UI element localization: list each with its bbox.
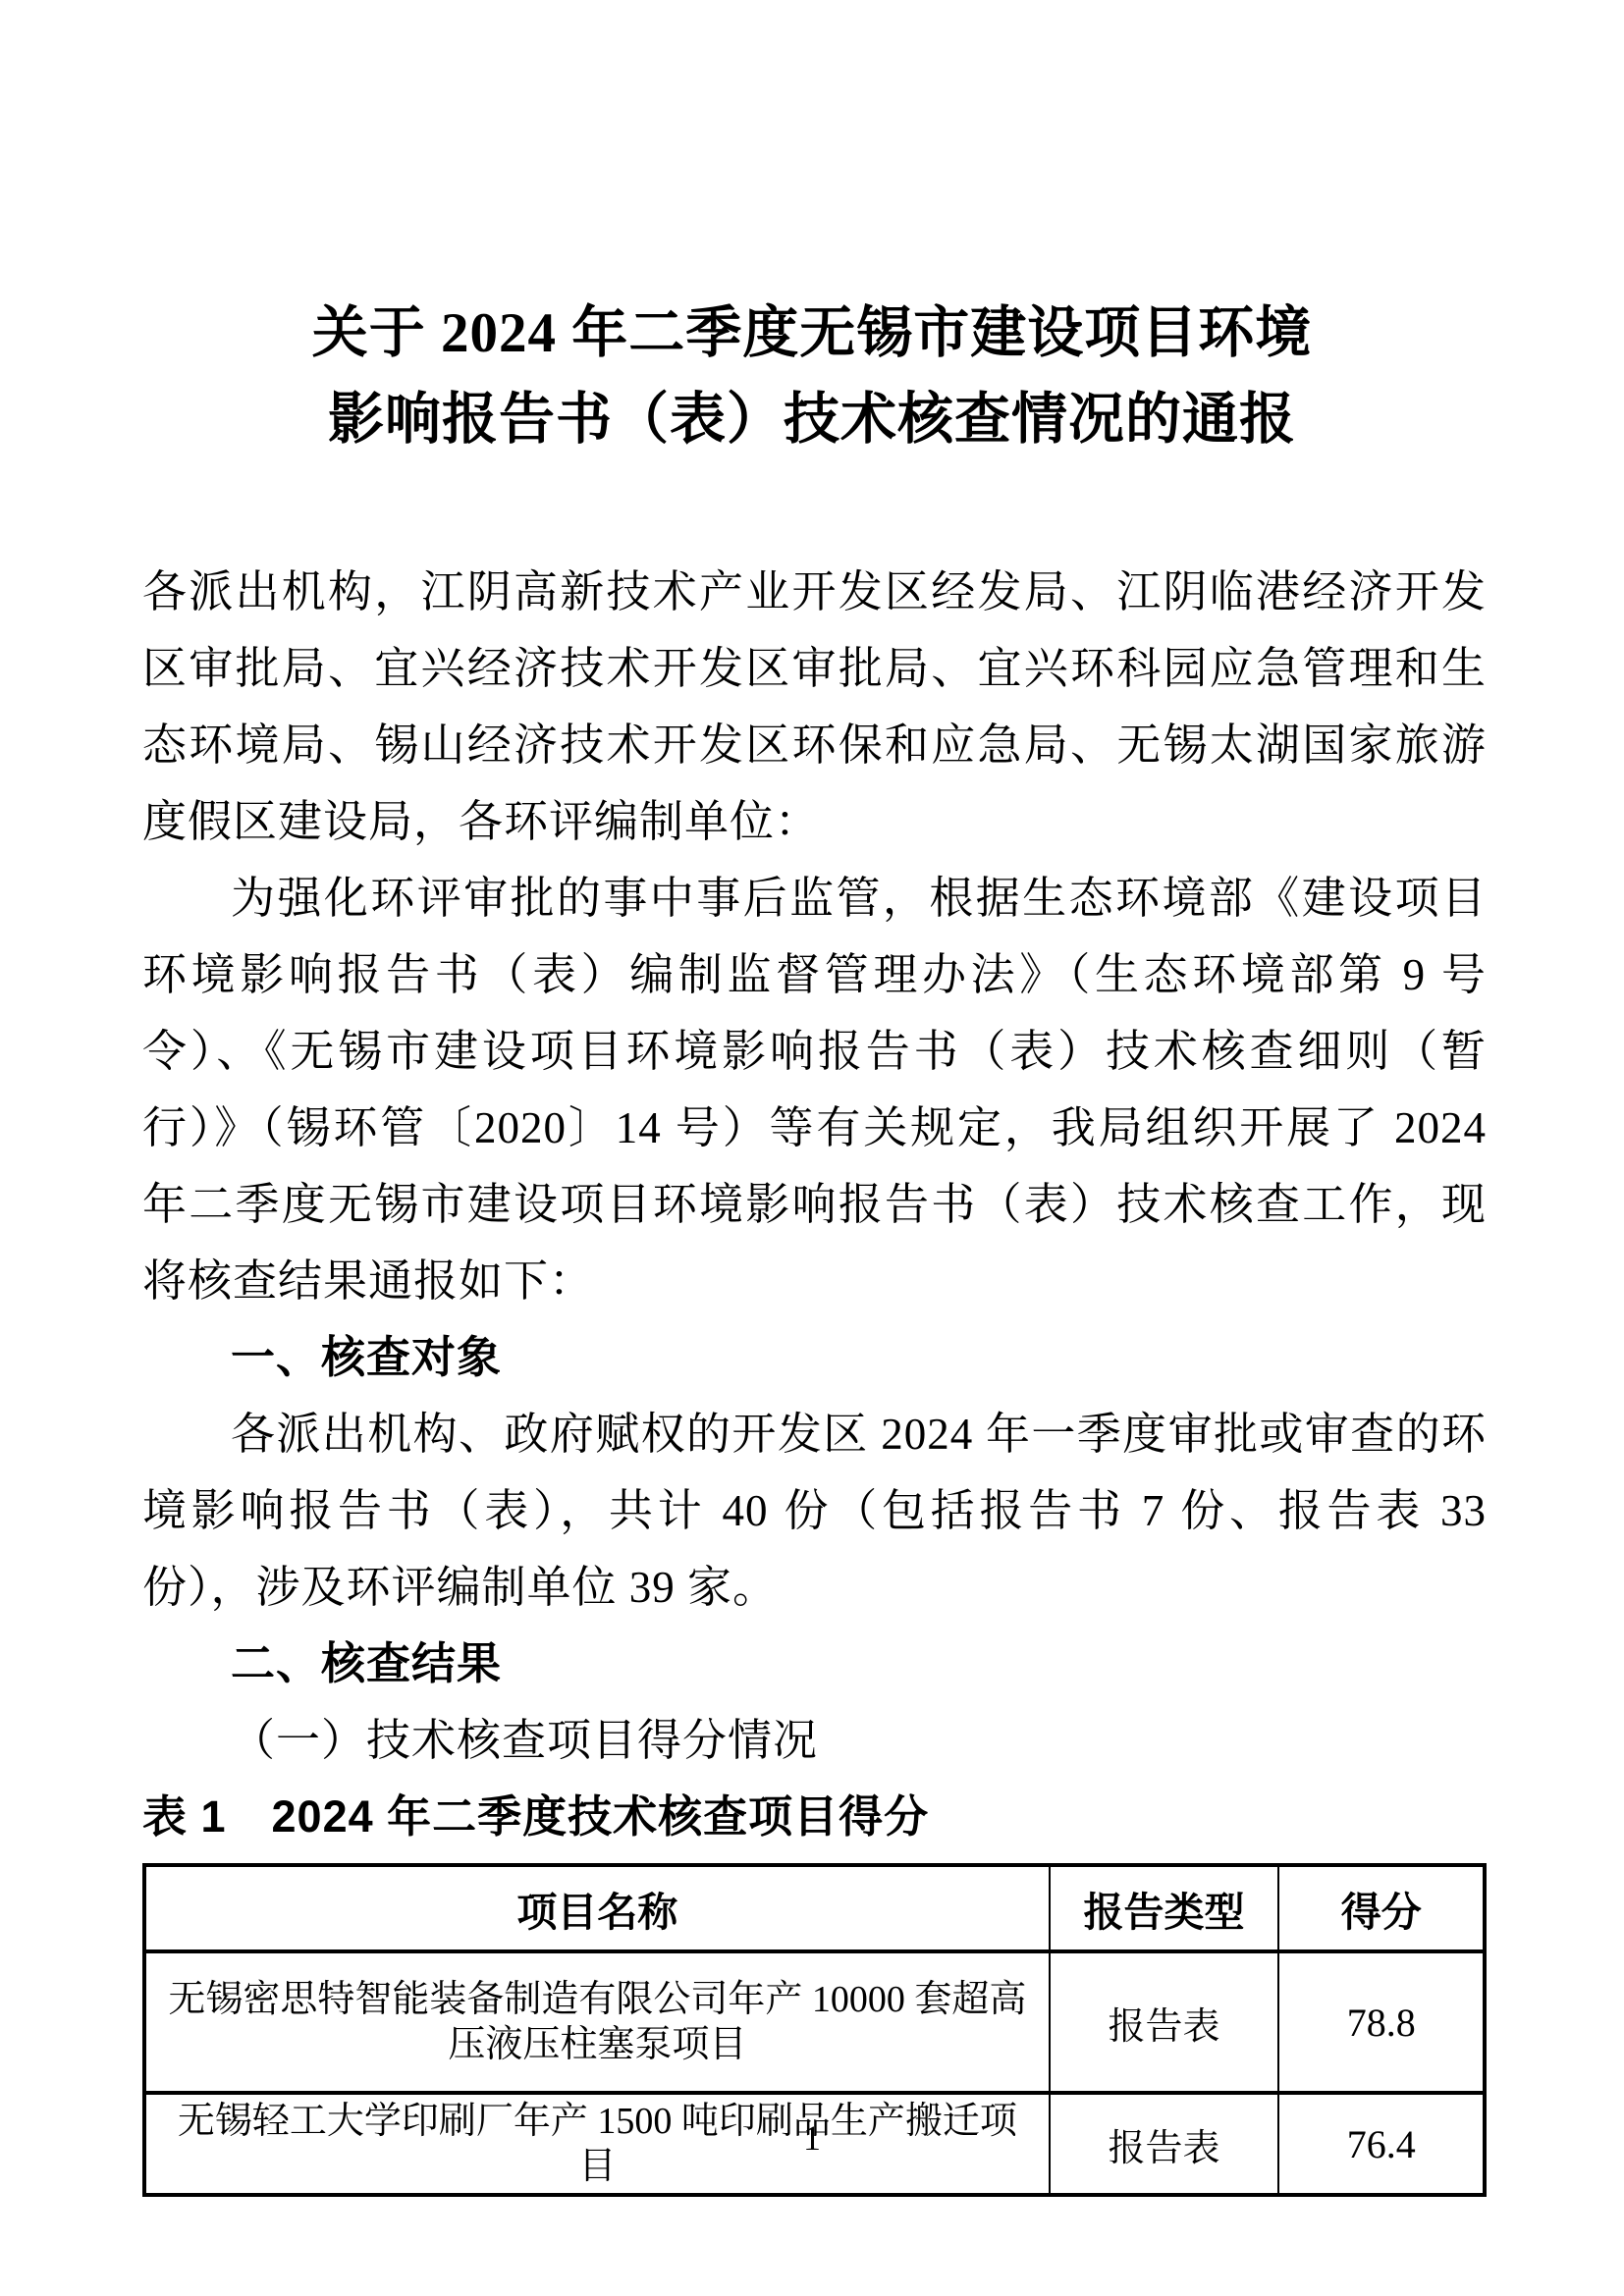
document-title-line1: 关于 2024 年二季度无锡市建设项目环境 — [0, 291, 1624, 377]
section1-body: 各派出机构、政府赋权的开发区 2024 年一季度审批或审查的环境影响报告书（表）… — [142, 1396, 1487, 1626]
column-header-project-name: 项目名称 — [144, 1865, 1050, 1951]
column-header-score: 得分 — [1278, 1865, 1485, 1951]
score-cell: 78.8 — [1278, 1951, 1485, 2093]
paragraph-intro: 为强化环评审批的事中事后监管，根据生态环境部《建设项目环境影响报告书（表）编制监… — [142, 860, 1487, 1319]
subsection1-heading: （一）技术核查项目得分情况 — [142, 1702, 1487, 1779]
project-name-cell: 无锡密思特智能装备制造有限公司年产 10000 套超高压液压柱塞泵项目 — [144, 1951, 1050, 2093]
table1-caption: 表 1 2024 年二季度技术核查项目得分 — [142, 1779, 1487, 1855]
document-title: 关于 2024 年二季度无锡市建设项目环境 影响报告书（表）技术核查情况的通报 — [0, 0, 1624, 463]
document-page: 关于 2024 年二季度无锡市建设项目环境 影响报告书（表）技术核查情况的通报 … — [0, 0, 1624, 2296]
column-header-report-type: 报告类型 — [1050, 1865, 1279, 1951]
report-type-cell: 报告表 — [1050, 1951, 1279, 2093]
page-number: 1 — [0, 2117, 1624, 2159]
paragraph-salutation: 各派出机构，江阴高新技术产业开发区经发局、江阴临港经济开发区审批局、宜兴经济技术… — [142, 554, 1487, 860]
table-row: 无锡密思特智能装备制造有限公司年产 10000 套超高压液压柱塞泵项目 报告表 … — [144, 1951, 1485, 2093]
table-header-row: 项目名称 报告类型 得分 — [144, 1865, 1485, 1951]
document-title-line2: 影响报告书（表）技术核查情况的通报 — [0, 377, 1624, 463]
section2-heading: 二、核查结果 — [142, 1626, 1487, 1702]
document-body: 各派出机构，江阴高新技术产业开发区经发局、江阴临港经济开发区审批局、宜兴经济技术… — [0, 554, 1624, 2197]
section1-heading: 一、核查对象 — [142, 1319, 1487, 1396]
